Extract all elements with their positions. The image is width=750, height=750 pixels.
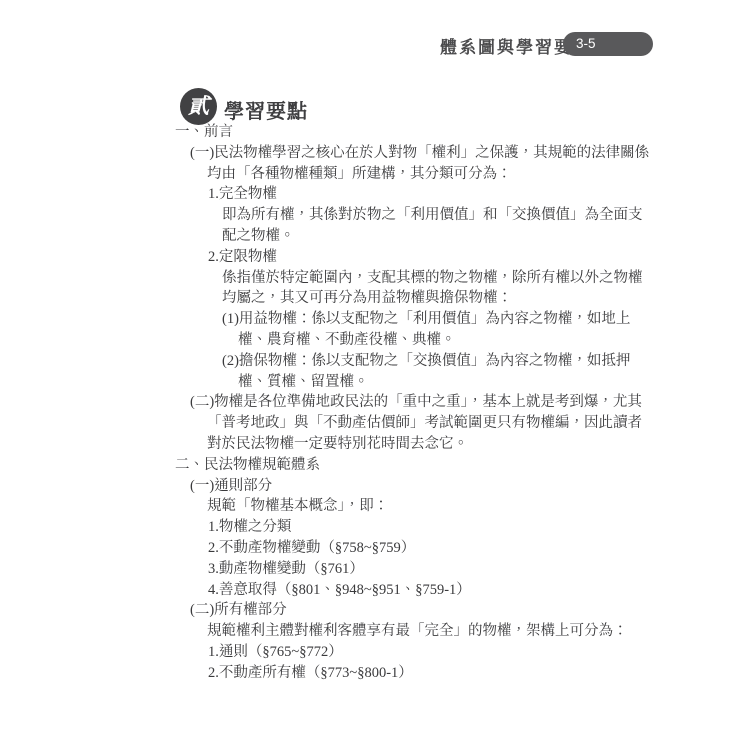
page-number-badge: 3-5 bbox=[563, 32, 653, 56]
body-text: 一、前言 (一)民法物權學習之核心在於人對物「權利」之保護，其規範的法律關係 均… bbox=[175, 122, 645, 684]
text-line: (2)擔保物權：係以支配物之「交換價值」為內容之物權，如抵押 bbox=[222, 351, 645, 372]
text-line: 「普考地政」與「不動產估價師」考試範圍更只有物權編，因此讀者 bbox=[207, 413, 645, 434]
text-line: (二)物權是各位準備地政民法的「重中之重」，基本上就是考到爆，尤其 bbox=[190, 392, 645, 413]
text-line: 係指僅於特定範圍內，支配其標的物之物權，除所有權以外之物權 bbox=[222, 268, 645, 289]
text-line: 均由「各種物權種類」所建構，其分類可分為： bbox=[207, 164, 645, 185]
text-line: 對於民法物權一定要特別花時間去念它。 bbox=[207, 434, 645, 455]
section-title: 學習要點 bbox=[224, 95, 308, 124]
text-line: 規範權利主體對權利客體享有最「完全」的物權，架構上可分為： bbox=[207, 621, 645, 642]
text-line: 配之物權。 bbox=[222, 226, 645, 247]
text-line: (一)民法物權學習之核心在於人對物「權利」之保護，其規範的法律關係 bbox=[190, 143, 645, 164]
outline-heading: 二、民法物權規範體系 bbox=[175, 455, 645, 476]
section-number-icon: 貳 bbox=[180, 88, 217, 125]
text-line: 1.完全物權 bbox=[208, 184, 645, 205]
text-line: 2.不動產所有權（§773~§800-1） bbox=[208, 663, 645, 684]
text-line: (二)所有權部分 bbox=[190, 600, 645, 621]
text-line: 1.通則（§765~§772） bbox=[208, 642, 645, 663]
outline-heading: 一、前言 bbox=[175, 122, 645, 143]
text-line: (一)通則部分 bbox=[190, 476, 645, 497]
text-line: 2.不動產物權變動（§758~§759） bbox=[208, 538, 645, 559]
text-line: 規範「物權基本概念」，即： bbox=[207, 496, 645, 517]
text-line: 2.定限物權 bbox=[208, 247, 645, 268]
text-line: 3.動產物權變動（§761） bbox=[208, 559, 645, 580]
text-line: 權、農育權、不動產役權、典權。 bbox=[238, 330, 645, 351]
text-line: 1.物權之分類 bbox=[208, 517, 645, 538]
text-line: 4.善意取得（§801、§948~§951、§759-1） bbox=[208, 580, 645, 601]
text-line: 均屬之，其又可再分為用益物權與擔保物權： bbox=[222, 288, 645, 309]
text-line: 即為所有權，其係對於物之「利用價值」和「交換價值」為全面支 bbox=[222, 205, 645, 226]
text-line: (1)用益物權：係以支配物之「利用價值」為內容之物權，如地上 bbox=[222, 309, 645, 330]
text-line: 權、質權、留置權。 bbox=[238, 372, 645, 393]
